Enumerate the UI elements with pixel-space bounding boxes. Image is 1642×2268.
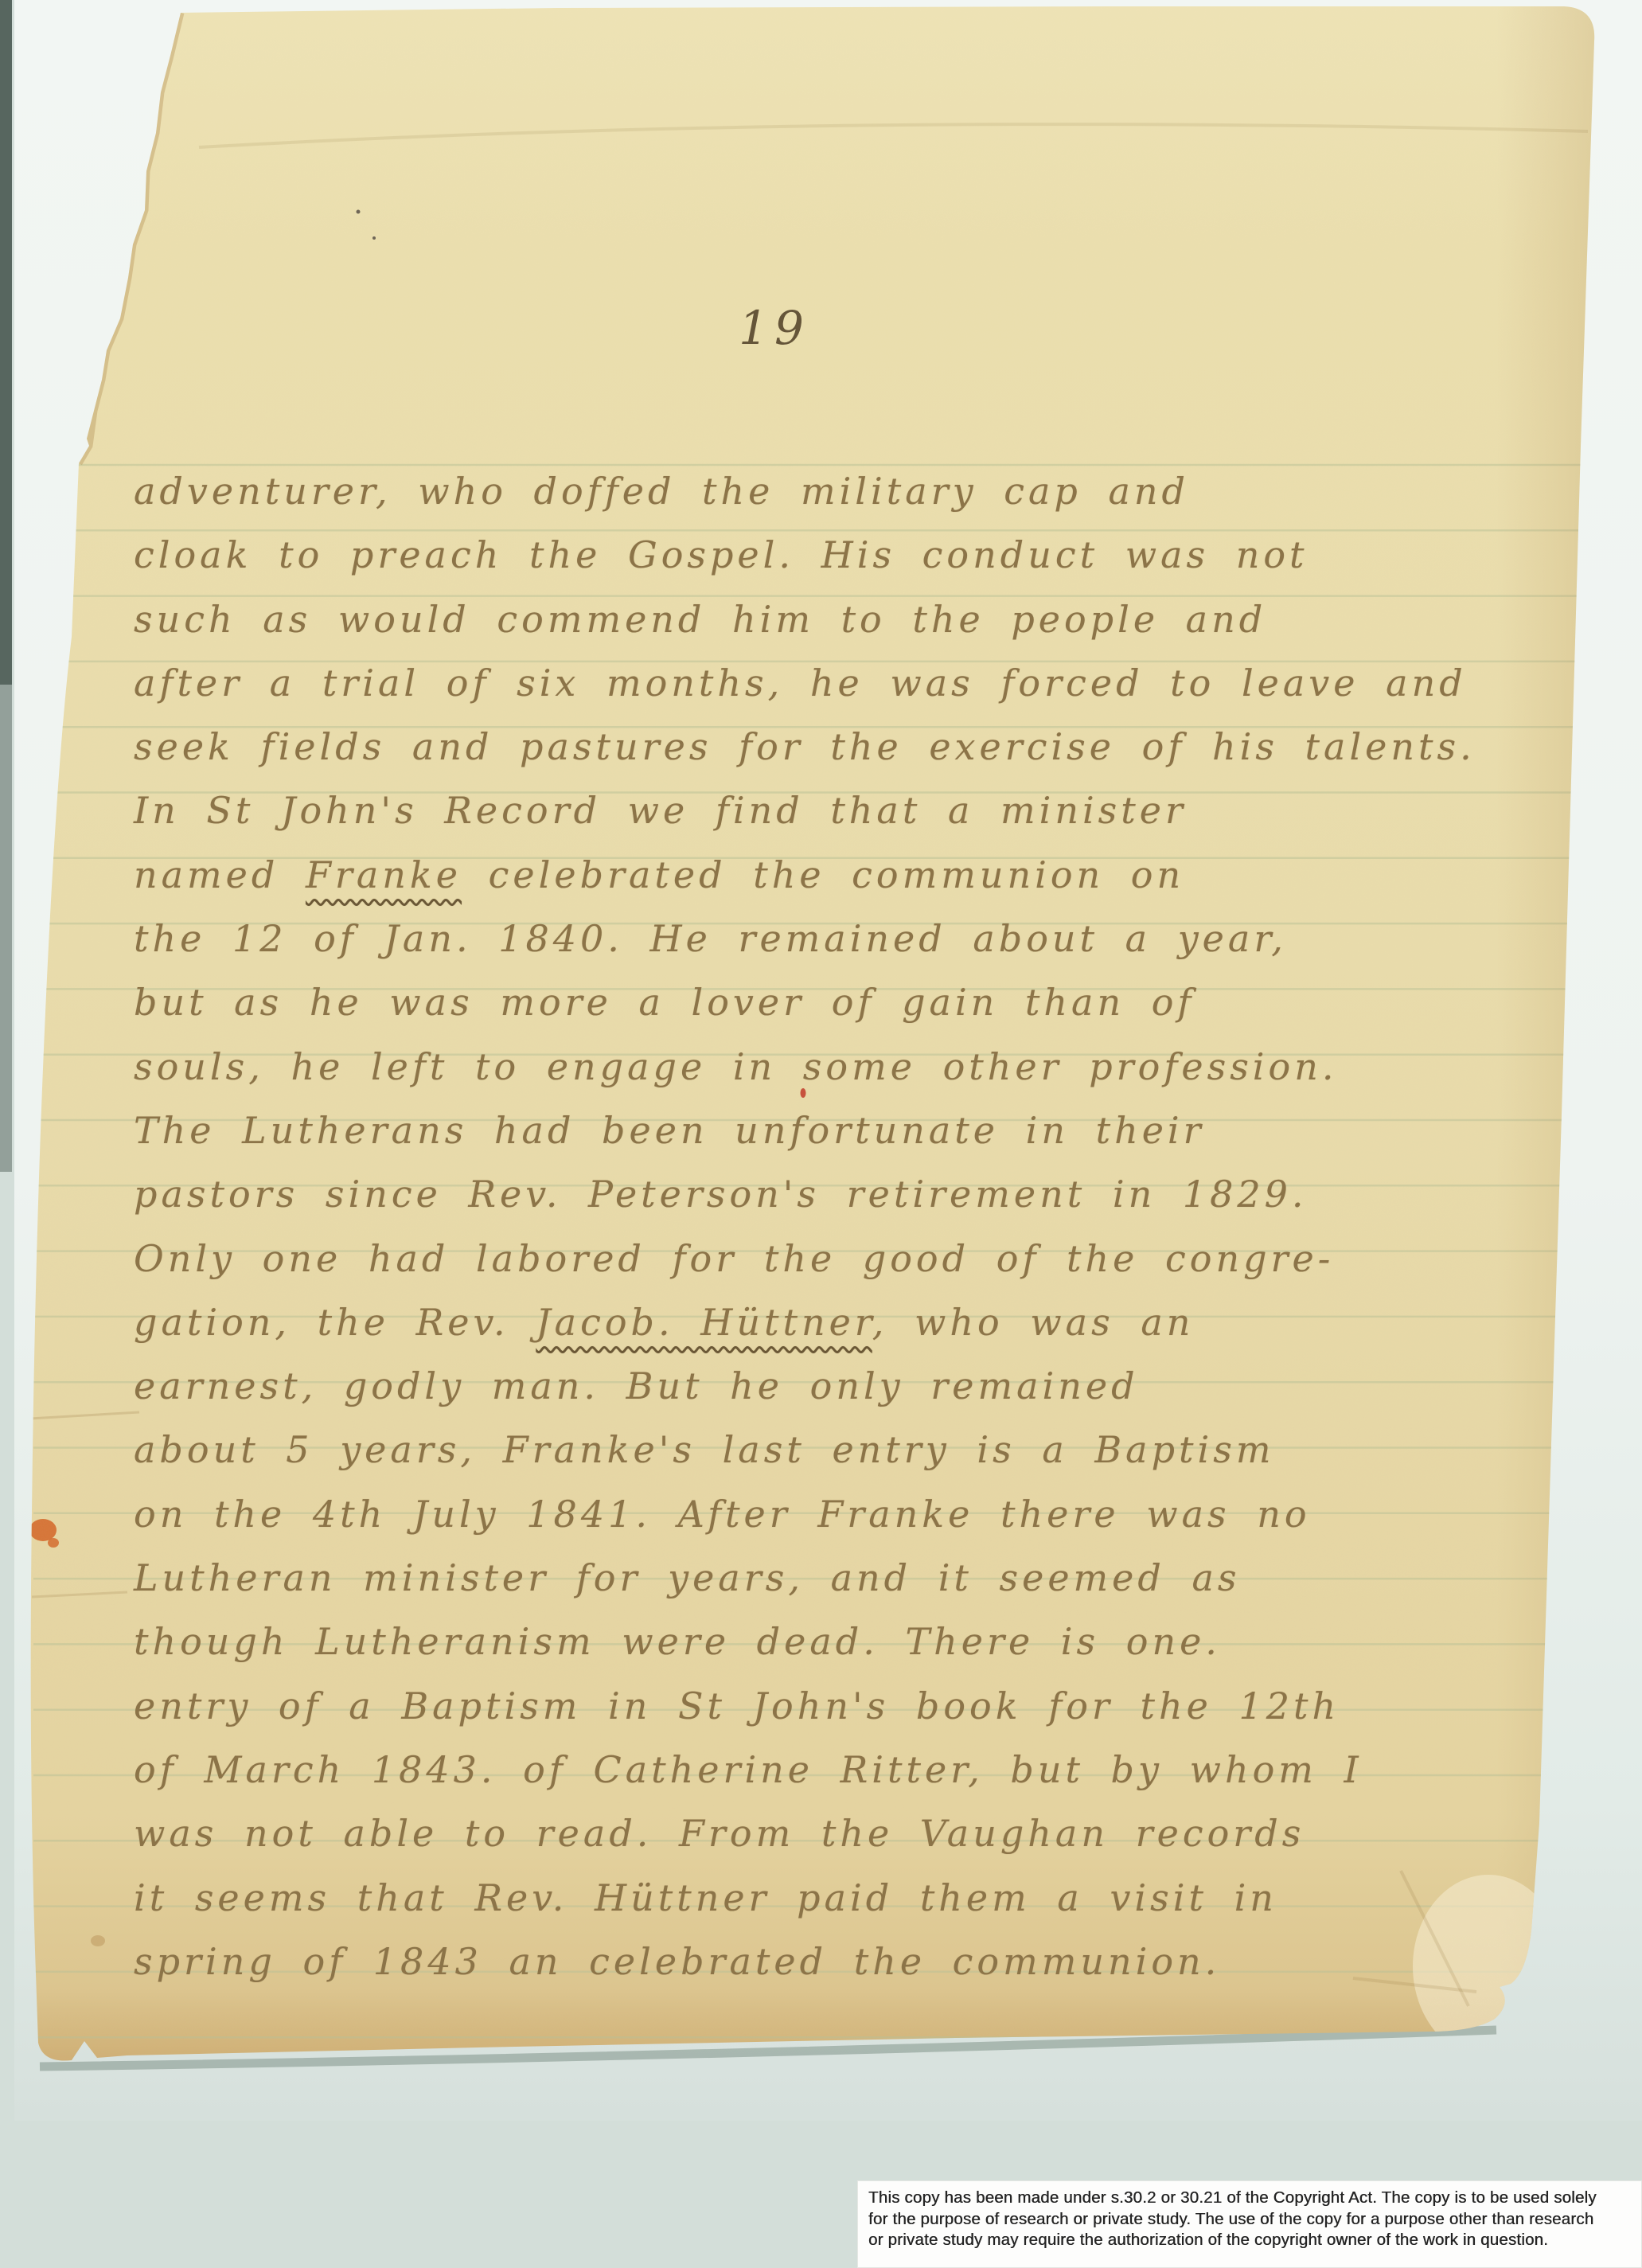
manuscript-line: Lutheran minister for years, and it seem… [134, 1546, 1630, 1610]
manuscript-line: but as he was more a lover of gain than … [134, 970, 1630, 1034]
stamp-line: This copy has been made under s.30.2 or … [868, 2188, 1642, 2209]
manuscript-line: about 5 years, Franke's last entry is a … [134, 1418, 1630, 1481]
manuscript-line: spring of 1843 an celebrated the communi… [134, 1930, 1630, 1993]
line-text: spring of 1843 an celebrated the communi… [134, 1940, 1220, 1983]
manuscript-line: on the 4th July 1841. After Franke there… [134, 1482, 1630, 1546]
line-text: named [134, 853, 306, 896]
manuscript-line: earnest, godly man. But he only remained [134, 1354, 1630, 1418]
line-text: , who was an [872, 1301, 1195, 1344]
manuscript-line: souls, he left to engage in some other p… [134, 1035, 1630, 1099]
manuscript-line: In St John's Record we find that a minis… [134, 779, 1630, 842]
handwritten-text-block: adventurer, who doffed the military cap … [134, 459, 1630, 1993]
line-text: of March 1843. of Catherine Ritter, but … [134, 1748, 1363, 1791]
line-text: was not able to read. From the Vaughan r… [134, 1812, 1305, 1855]
line-text: adventurer, who doffed the military cap … [134, 470, 1189, 513]
manuscript-line: seek fields and pastures for the exercis… [134, 715, 1630, 779]
line-text: Lutheran minister for years, and it seem… [134, 1556, 1241, 1599]
manuscript-line: it seems that Rev. Hüttner paid them a v… [134, 1866, 1630, 1930]
manuscript-line: entry of a Baptism in St John's book for… [134, 1674, 1630, 1738]
line-text: celebrated the communion on [462, 853, 1184, 896]
line-text: pastors since Rev. Peterson's retirement… [134, 1173, 1308, 1216]
manuscript-line: named Franke celebrated the communion on [134, 843, 1630, 907]
line-text: In St John's Record we find that a minis… [134, 789, 1187, 832]
manuscript-line: The Lutherans had been unfortunate in th… [134, 1099, 1630, 1162]
underlined-name: Jacob. Hüttner [536, 1301, 872, 1344]
manuscript-line: gation, the Rev. Jacob. Hüttner, who was… [134, 1290, 1630, 1354]
line-text: on the 4th July 1841. After Franke there… [134, 1493, 1311, 1536]
copyright-stamp: This copy has been made under s.30.2 or … [857, 2180, 1642, 2268]
line-text: though Lutheranism were dead. There is o… [134, 1620, 1221, 1663]
underlined-name: Franke [306, 853, 462, 896]
line-text: cloak to preach the Gospel. His conduct … [134, 533, 1309, 576]
line-text: The Lutherans had been unfortunate in th… [134, 1109, 1205, 1152]
page-number: 19 [719, 301, 830, 355]
stamp-line: or private study may require the authori… [868, 2230, 1642, 2251]
scanned-document: 19 adventurer, who doffed the military c… [0, 0, 1642, 2268]
manuscript-line: cloak to preach the Gospel. His conduct … [134, 523, 1630, 587]
line-text: souls, he left to engage in some other p… [134, 1045, 1337, 1088]
line-text: about 5 years, Franke's last entry is a … [134, 1428, 1274, 1471]
line-text: entry of a Baptism in St John's book for… [134, 1684, 1340, 1727]
line-text: but as he was more a lover of gain than … [134, 981, 1195, 1024]
manuscript-line: such as would commend him to the people … [134, 587, 1630, 651]
manuscript-line: after a trial of six months, he was forc… [134, 651, 1630, 715]
manuscript-line: Only one had labored for the good of the… [134, 1227, 1630, 1290]
manuscript-line: adventurer, who doffed the military cap … [134, 459, 1630, 523]
line-text: seek fields and pastures for the exercis… [134, 725, 1476, 768]
manuscript-line: was not able to read. From the Vaughan r… [134, 1802, 1630, 1865]
manuscript-line: though Lutheranism were dead. There is o… [134, 1610, 1630, 1673]
manuscript-line: of March 1843. of Catherine Ritter, but … [134, 1738, 1630, 1802]
line-text: after a trial of six months, he was forc… [134, 662, 1467, 705]
line-text: such as would commend him to the people … [134, 598, 1266, 641]
line-text: it seems that Rev. Hüttner paid them a v… [134, 1876, 1277, 1919]
manuscript-line: the 12 of Jan. 1840. He remained about a… [134, 907, 1630, 970]
line-text: Only one had labored for the good of the… [134, 1237, 1334, 1280]
line-text: the 12 of Jan. 1840. He remained about a… [134, 917, 1287, 960]
line-text: earnest, godly man. But he only remained [134, 1364, 1139, 1407]
line-text: gation, the Rev. [134, 1301, 536, 1344]
manuscript-line: pastors since Rev. Peterson's retirement… [134, 1162, 1630, 1226]
stamp-line: for the purpose of research or private s… [868, 2209, 1642, 2231]
